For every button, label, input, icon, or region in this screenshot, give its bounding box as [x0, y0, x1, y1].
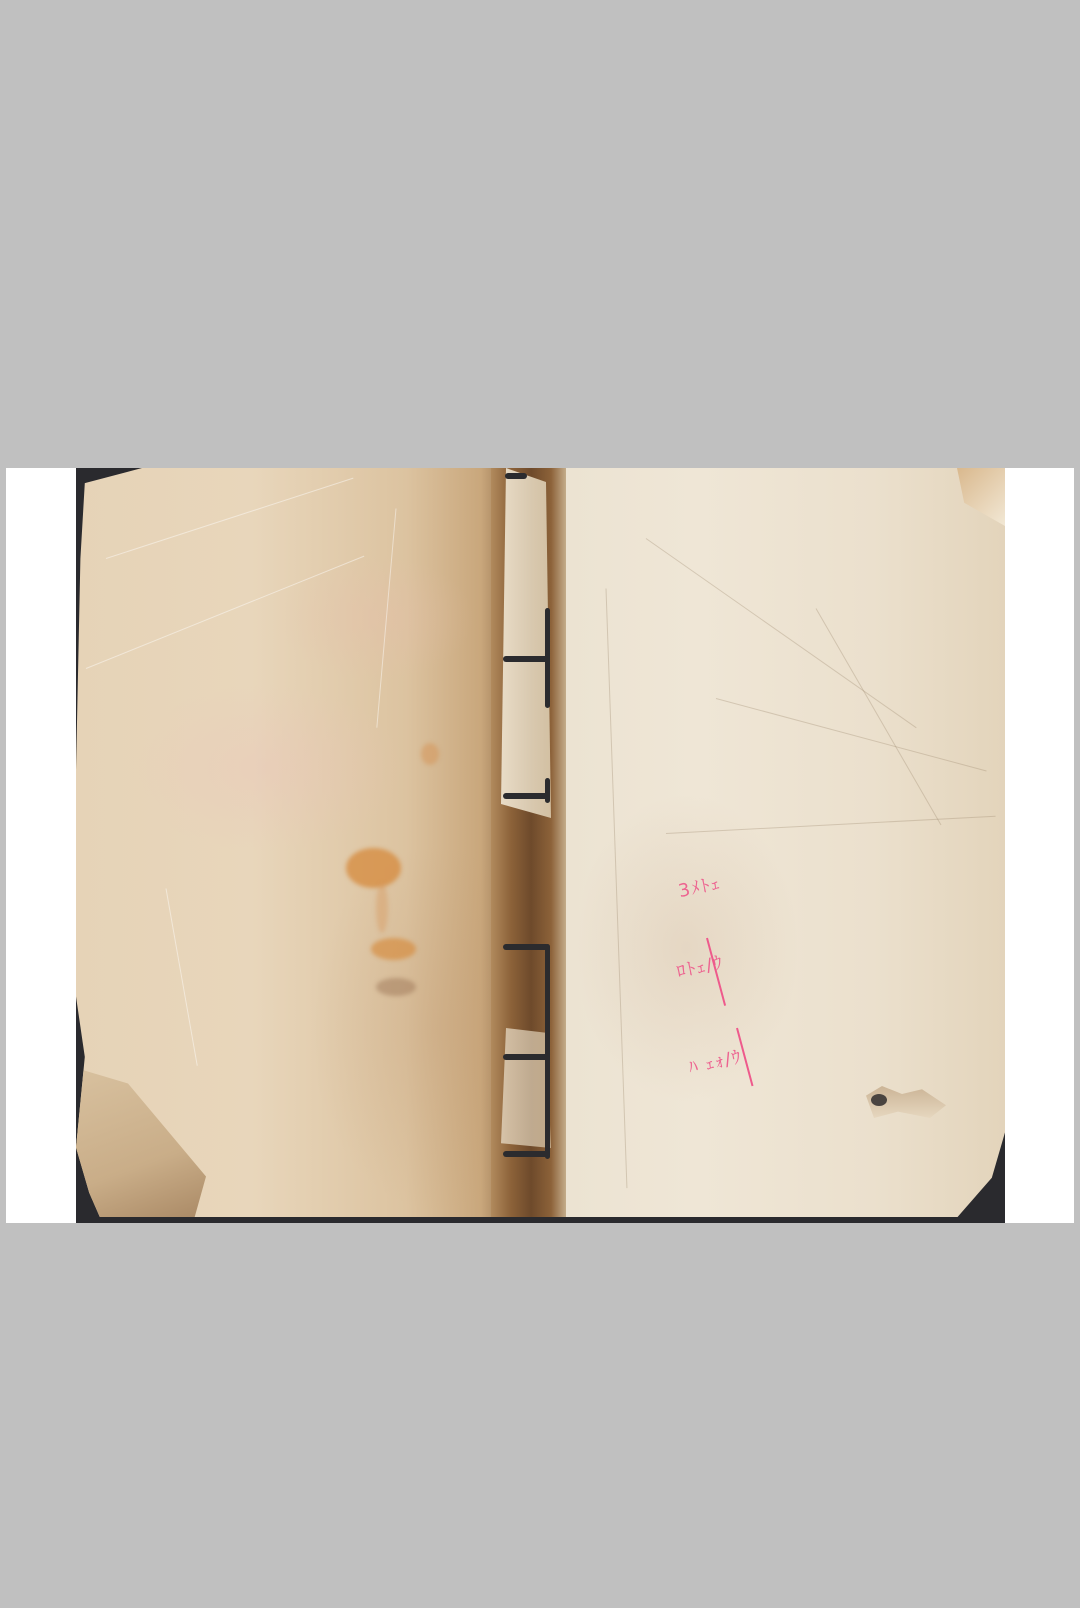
- paper-crease: [106, 478, 354, 559]
- water-stain: [376, 978, 416, 996]
- paper-crease: [666, 816, 996, 834]
- binding-thread: [503, 793, 549, 799]
- spine-paper-wrap: [501, 1028, 551, 1148]
- table-surface: [76, 1217, 1005, 1223]
- paper-crease: [816, 608, 942, 825]
- paper-hole: [871, 1094, 887, 1106]
- left-page: [76, 468, 516, 1223]
- folded-corner: [957, 468, 1005, 526]
- binding-thread: [503, 944, 549, 950]
- torn-page-edge: [76, 1068, 206, 1223]
- paper-crease: [376, 508, 396, 727]
- book-spine: [491, 468, 571, 1223]
- water-stain: [421, 743, 439, 765]
- binding-thread: [503, 656, 549, 662]
- binding-thread: [545, 608, 550, 708]
- pink-annotation: 3ﾒﾄｪ: [676, 869, 723, 903]
- water-stain: [371, 938, 416, 960]
- water-stain: [346, 848, 401, 888]
- image-viewer: 3ﾒﾄｪ ﾛﾄｪ/ｳ ﾊ ｪｫ/ｳ: [0, 0, 1080, 1608]
- binding-thread: [545, 944, 550, 1159]
- paper-crease: [166, 888, 198, 1065]
- paper-crease: [646, 538, 917, 728]
- water-stain: [376, 883, 388, 933]
- book-photo: 3ﾒﾄｪ ﾛﾄｪ/ｳ ﾊ ｪｫ/ｳ: [76, 468, 1005, 1223]
- binding-thread: [505, 473, 527, 479]
- paper-crease: [716, 698, 987, 771]
- paper-crease: [606, 588, 628, 1188]
- binding-thread: [503, 1151, 549, 1157]
- binding-thread: [545, 778, 550, 803]
- binding-thread: [503, 1054, 549, 1060]
- spine-paper-wrap: [501, 468, 551, 818]
- right-page: 3ﾒﾄｪ ﾛﾄｪ/ｳ ﾊ ｪｫ/ｳ: [566, 468, 1005, 1223]
- pink-annotation: ﾊ ｪｫ/ｳ: [686, 1043, 744, 1080]
- paper-crease: [86, 556, 365, 669]
